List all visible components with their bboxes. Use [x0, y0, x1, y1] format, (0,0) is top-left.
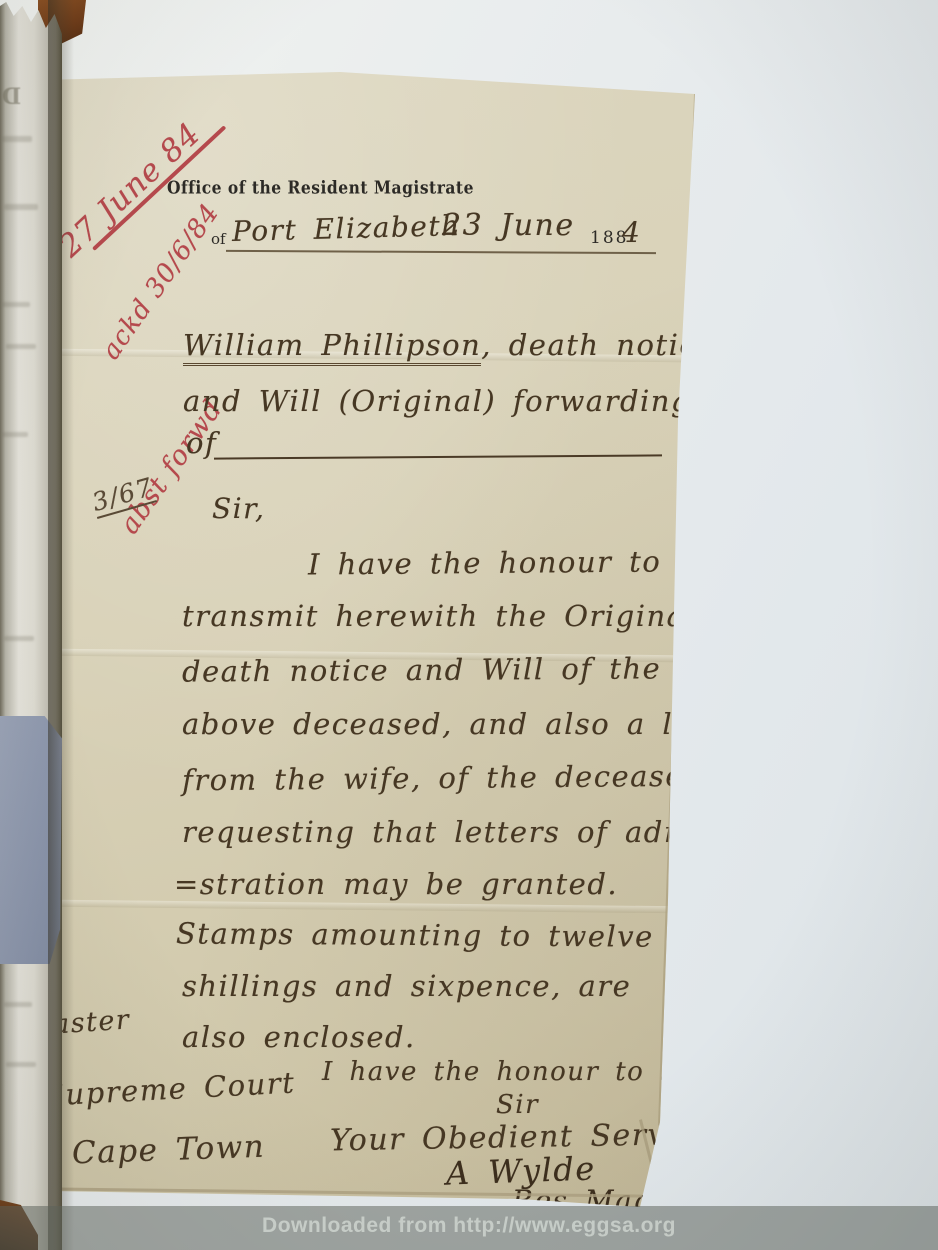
show-through-smudge — [2, 302, 30, 307]
letterhead-office: Office of the Resident Magistrate — [167, 177, 474, 198]
body-line: transmit herewith the Original — [182, 599, 696, 633]
body-line: from the wife, of the deceased — [182, 759, 704, 798]
subject-rest: , death notice — [481, 328, 715, 362]
body-line: I have the honour to — [308, 544, 662, 581]
subject-rule — [214, 454, 662, 459]
body-line: shillings and sixpence, are — [182, 969, 631, 1003]
subject-line-2: and Will (Original) forwarding — [183, 384, 691, 418]
salutation: Sir, — [212, 492, 265, 525]
show-through-smudge — [6, 1062, 36, 1067]
subject-of-label: of — [186, 426, 217, 460]
show-through-letter: D — [2, 84, 21, 110]
letter-page: 27 June 84 ackd 30/6/84 abst forwd Offic… — [0, 0, 938, 1250]
photo-stage: 27 June 84 ackd 30/6/84 abst forwd Offic… — [0, 0, 938, 1250]
watermark-text: Downloaded from http://www.eggsa.org — [0, 1214, 938, 1238]
show-through-smudge — [4, 204, 38, 210]
show-through-smudge — [2, 136, 32, 142]
show-through-smudge — [4, 1002, 32, 1007]
closing-sir: Sir — [496, 1090, 539, 1120]
place-handwritten: Port Elizabeth — [232, 209, 461, 248]
address-city: Cape Town — [71, 1129, 265, 1172]
letterhead-rule — [226, 250, 656, 254]
fold-crease — [44, 900, 690, 914]
body-line: =stration may be granted. — [174, 867, 618, 901]
binding-shadow — [48, 0, 74, 1250]
body-line: Stamps amounting to twelve — [176, 916, 654, 953]
body-line: also enclosed. — [182, 1020, 416, 1054]
body-line: above deceased, and also a letter — [182, 707, 752, 741]
body-line: death notice and Will of the — [182, 651, 661, 688]
closing-honour: I have the honour to be — [322, 1057, 695, 1087]
subject-line-1: William Phillipson, death notice — [183, 328, 716, 362]
date-handwritten: 23 June — [442, 208, 575, 243]
show-through-smudge — [4, 636, 34, 641]
show-through-smudge — [6, 344, 36, 349]
body-line: requesting that letters of admini= — [182, 815, 760, 849]
subject-name: William Phillipson — [183, 328, 481, 366]
year-handwritten: 4 — [622, 216, 641, 249]
address-court: Supreme Court — [43, 1065, 296, 1112]
letterhead-of-label: of — [211, 230, 226, 248]
show-through-smudge — [2, 432, 28, 437]
